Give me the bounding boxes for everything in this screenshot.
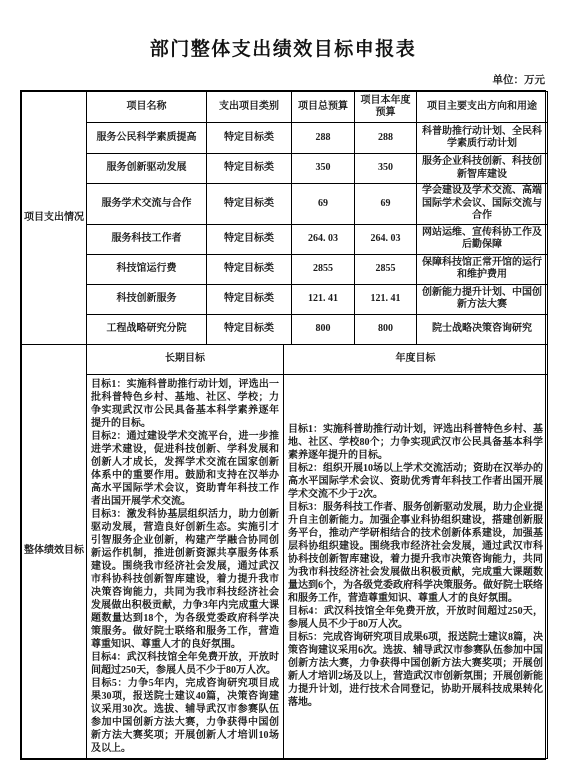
- total-budget-cell: 2855: [292, 254, 355, 284]
- expenditure-table: 项目支出情况 项目名称 支出项目类别 项目总预算 项目本年度预算 项目主要支出方…: [21, 91, 548, 345]
- year-budget-cell: 121. 41: [355, 284, 417, 314]
- long-term-goal-1: 目标1：实施科普助推行动计划，评选出一批科普特色乡村、基地、社区、学校；力争实现…: [91, 378, 279, 430]
- annual-goals-cell: 目标1：实施科普助推行动计划，评选出科普特色乡村、基地、社区、学校80个；力争实…: [284, 374, 548, 758]
- expenditure-header-row: 项目支出情况 项目名称 支出项目类别 项目总预算 项目本年度预算 项目主要支出方…: [22, 92, 548, 123]
- year-budget-cell: 288: [355, 123, 417, 154]
- table-row: 服务科技工作者 特定目标类 264. 03 264. 03 网站运维、宣传科协工…: [22, 224, 548, 254]
- annual-goal-5: 目标5：完成咨询研究项目成果6项，报送院士建议8篇，决策咨询建议采用6次。选拔、…: [288, 631, 543, 709]
- project-name-cell: 科技创新服务: [87, 284, 207, 314]
- year-budget-cell: 2855: [355, 254, 417, 284]
- table-row: 服务创新驱动发展 特定目标类 350 350 服务企业科技创新、科技创新智库建设: [22, 154, 548, 184]
- long-term-goal-5: 目标5：力争5年内，完成咨询研究项目成果30项，报送院士建议40篇，决策咨询建议…: [91, 677, 279, 755]
- long-term-goal-3: 目标3：激发科协基层组织活力，助力创新驱动发展，营造良好创新生态。实施引才引智服…: [91, 508, 279, 651]
- annual-goal-3: 目标3：服务科技工作者、服务创新驱动发展，助力企业提升自主创新能力。加强企事业科…: [288, 501, 543, 605]
- total-budget-cell: 800: [292, 314, 355, 344]
- col-header-project-name: 项目名称: [87, 92, 207, 123]
- purpose-cell: 创新能力提升计划、中国创新方法大赛: [417, 284, 548, 314]
- project-name-cell: 服务公民科学素质提高: [87, 123, 207, 154]
- project-name-cell: 服务创新驱动发展: [87, 154, 207, 184]
- col-header-year-budget: 项目本年度预算: [355, 92, 417, 123]
- purpose-cell: 服务企业科技创新、科技创新智库建设: [417, 154, 548, 184]
- annual-goal-1: 目标1：实施科普助推行动计划，评选出科普特色乡村、基地、社区、学校80个；力争实…: [288, 423, 543, 462]
- category-cell: 特定目标类: [207, 224, 292, 254]
- annual-goal-4: 目标4：武汉科技馆全年免费开放，开放时间超过250天，参展人员不少于80万人次。: [288, 605, 543, 631]
- project-name-cell: 工程战略研究分院: [87, 314, 207, 344]
- purpose-cell: 网站运维、宣传科协工作及后勤保障: [417, 224, 548, 254]
- total-budget-cell: 288: [292, 123, 355, 154]
- project-name-cell: 服务科技工作者: [87, 224, 207, 254]
- total-budget-cell: 121. 41: [292, 284, 355, 314]
- category-cell: 特定目标类: [207, 314, 292, 344]
- performance-table: 整体绩效目标 长期目标 年度目标 目标1：实施科普助推行动计划，评选出一批科普特…: [21, 344, 548, 759]
- annual-goal-2: 目标2：组织开展10场以上学术交流活动；资助在汉举办的高水平国际学术会议、资助优…: [288, 462, 543, 501]
- purpose-cell: 保障科技馆正常开馆的运行和维护费用: [417, 254, 548, 284]
- table-row: 科技创新服务 特定目标类 121. 41 121. 41 创新能力提升计划、中国…: [22, 284, 548, 314]
- year-budget-cell: 264. 03: [355, 224, 417, 254]
- performance-content-row: 目标1：实施科普助推行动计划，评选出一批科普特色乡村、基地、社区、学校；力争实现…: [22, 374, 548, 758]
- document-page: 部门整体支出绩效目标申报表 单位：万元 项目支出情况 项目名称 支出项目类别 项…: [0, 0, 566, 778]
- expenditure-section-label: 项目支出情况: [22, 92, 87, 345]
- year-budget-cell: 800: [355, 314, 417, 344]
- category-cell: 特定目标类: [207, 123, 292, 154]
- purpose-cell: 学会建设及学术交流、高端国际学术会议、国际交流与合作: [417, 184, 548, 225]
- table-row: 工程战略研究分院 特定目标类 800 800 院士战略决策咨询研究: [22, 314, 548, 344]
- project-name-cell: 科技馆运行费: [87, 254, 207, 284]
- total-budget-cell: 69: [292, 184, 355, 225]
- year-budget-cell: 69: [355, 184, 417, 225]
- declaration-table: 项目支出情况 项目名称 支出项目类别 项目总预算 项目本年度预算 项目主要支出方…: [20, 90, 546, 760]
- purpose-cell: 科普助推行动计划、全民科学素质行动计划: [417, 123, 548, 154]
- unit-note: 单位：万元: [0, 72, 545, 87]
- long-term-goal-2: 目标2：通过建设学术交流平台，进一步推进学术建设，促进科技创新、学科发展和创新人…: [91, 430, 279, 508]
- page-title: 部门整体支出绩效目标申报表: [0, 34, 566, 61]
- category-cell: 特定目标类: [207, 284, 292, 314]
- year-budget-cell: 350: [355, 154, 417, 184]
- project-name-cell: 服务学术交流与合作: [87, 184, 207, 225]
- col-header-annual-goal: 年度目标: [284, 344, 548, 374]
- table-row: 服务公民科学素质提高 特定目标类 288 288 科普助推行动计划、全民科学素质…: [22, 123, 548, 154]
- col-header-category: 支出项目类别: [207, 92, 292, 123]
- total-budget-cell: 350: [292, 154, 355, 184]
- long-term-goal-4: 目标4：武汉科技馆全年免费开放，开放时间超过250天，参展人员不少于80万人次。: [91, 651, 279, 677]
- performance-section-label: 整体绩效目标: [22, 344, 87, 758]
- category-cell: 特定目标类: [207, 154, 292, 184]
- category-cell: 特定目标类: [207, 254, 292, 284]
- table-row: 科技馆运行费 特定目标类 2855 2855 保障科技馆正常开馆的运行和维护费用: [22, 254, 548, 284]
- col-header-total-budget: 项目总预算: [292, 92, 355, 123]
- category-cell: 特定目标类: [207, 184, 292, 225]
- col-header-purpose: 项目主要支出方向和用途: [417, 92, 548, 123]
- col-header-long-term-goal: 长期目标: [87, 344, 284, 374]
- total-budget-cell: 264. 03: [292, 224, 355, 254]
- performance-header-row: 整体绩效目标 长期目标 年度目标: [22, 344, 548, 374]
- long-term-goals-cell: 目标1：实施科普助推行动计划，评选出一批科普特色乡村、基地、社区、学校；力争实现…: [87, 374, 284, 758]
- purpose-cell: 院士战略决策咨询研究: [417, 314, 548, 344]
- table-row: 服务学术交流与合作 特定目标类 69 69 学会建设及学术交流、高端国际学术会议…: [22, 184, 548, 225]
